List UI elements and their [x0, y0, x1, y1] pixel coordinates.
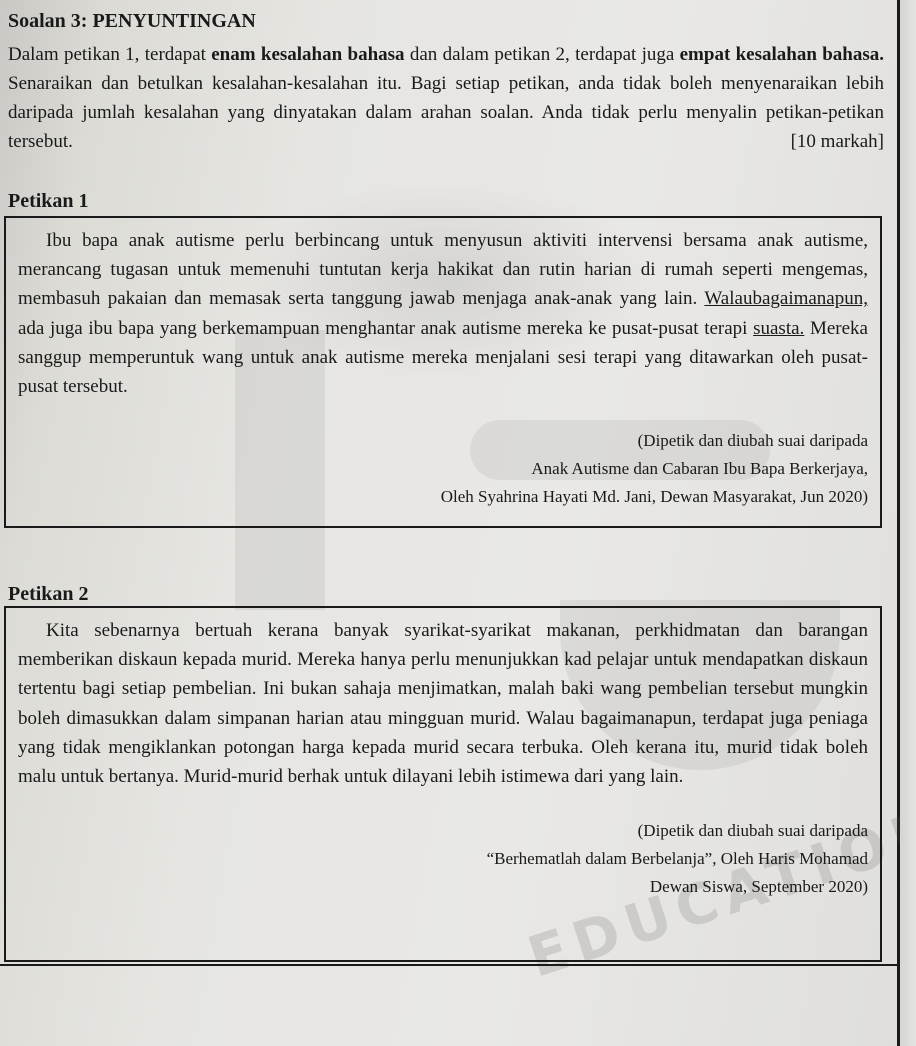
passage2-box: Kita sebenarnya bertuah kerana banyak sy…: [4, 606, 882, 962]
page-edge: [900, 0, 916, 1046]
passage2-source: (Dipetik dan diubah suai daripada “Berhe…: [18, 817, 868, 901]
instruction-text: dan dalam petikan 2, terdapat juga: [405, 44, 680, 65]
instruction-text: Senaraikan dan betulkan kesalahan-kesala…: [8, 73, 884, 152]
source-line: Oleh Syahrina Hayati Md. Jani, Dewan Mas…: [18, 483, 868, 511]
source-line: Anak Autisme dan Cabaran Ibu Bapa Berker…: [18, 455, 868, 483]
marks-label: [10 markah]: [791, 127, 884, 156]
passage1-box: Ibu bapa anak autisme perlu berbincang u…: [4, 216, 882, 528]
passage-text: ada juga ibu bapa yang berkemampuan meng…: [18, 318, 753, 339]
bottom-divider: [0, 964, 900, 966]
instruction-text: Dalam petikan 1, terdapat: [8, 44, 211, 65]
source-line: Dewan Siswa, September 2020): [18, 873, 868, 901]
source-line: (Dipetik dan diubah suai daripada: [18, 817, 868, 845]
source-line: (Dipetik dan diubah suai daripada: [18, 427, 868, 455]
source-line: “Berhematlah dalam Berbelanja”, Oleh Har…: [18, 845, 868, 873]
passage1-text: Ibu bapa anak autisme perlu berbincang u…: [18, 226, 868, 401]
passage2-text: Kita sebenarnya bertuah kerana banyak sy…: [18, 616, 868, 791]
instruction-emphasis: empat kesalahan bahasa.: [680, 44, 884, 65]
exam-page: EDUCATION Soalan 3: PENYUNTINGAN Dalam p…: [0, 0, 900, 1046]
underlined-error: suasta.: [753, 318, 804, 339]
question-instructions: Dalam petikan 1, terdapat enam kesalahan…: [8, 40, 884, 156]
question-title: Soalan 3: PENYUNTINGAN: [8, 10, 256, 33]
passage1-label: Petikan 1: [8, 190, 89, 213]
passage1-source: (Dipetik dan diubah suai daripada Anak A…: [18, 427, 868, 511]
passage2-label: Petikan 2: [8, 583, 89, 606]
underlined-error: Walaubagaimanapun,: [704, 288, 868, 309]
instruction-emphasis: enam kesalahan bahasa: [211, 44, 404, 65]
